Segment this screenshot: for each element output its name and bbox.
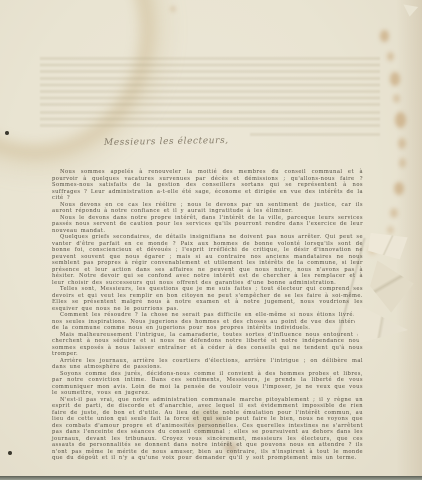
body-paragraph: N'est-il pas vrai, que notre administrat… [52,397,363,462]
bleed-through-text [40,111,380,131]
body-paragraph: Telles sont, Messieurs, les questions qu… [52,286,363,312]
scan-bottom-edge [0,476,422,480]
foxing-stain [387,226,394,234]
body-paragraph: Comment les résoudre ? la chose ne serai… [52,312,363,332]
document-body: Nous sommes appelés à renouveler la moit… [52,169,363,462]
ink-speck [8,451,12,455]
foxing-stain [390,208,398,218]
foxing-stain [399,158,406,168]
bleed-through-text [40,57,380,107]
paper-sheet: Messieurs les électeurs, Nous sommes app… [0,0,422,480]
foxing-stain [387,52,394,61]
body-paragraph: Nous sommes appelés à renouveler la moit… [52,169,363,202]
body-paragraph: Quelques griefs secondaires, de détails … [52,234,363,286]
foxing-stain [398,138,406,149]
foxing-stain [390,72,400,86]
foxing-stain [393,94,400,103]
foxing-stain [170,6,176,12]
foxing-stain [395,112,406,128]
heading-script: Messieurs les électeurs, [104,136,224,148]
foxing-stain [380,30,389,42]
body-paragraph: Nous le devons dans notre propre intérêt… [52,215,363,235]
bleed-through-text [250,133,380,139]
body-paragraph: Mais malheureusement l'intrigue, la cama… [52,332,363,358]
body-paragraph: Soyons comme des jurés, décidons-nous co… [52,371,363,397]
body-paragraph: Arrière les journaux, arrière les courti… [52,358,363,371]
body-paragraph: Nous devons en ce cas les réélire ; nous… [52,202,363,215]
foxing-stain [394,182,404,195]
ink-speck [5,131,9,135]
scan-background: Messieurs les électeurs, Nous sommes app… [0,0,422,480]
